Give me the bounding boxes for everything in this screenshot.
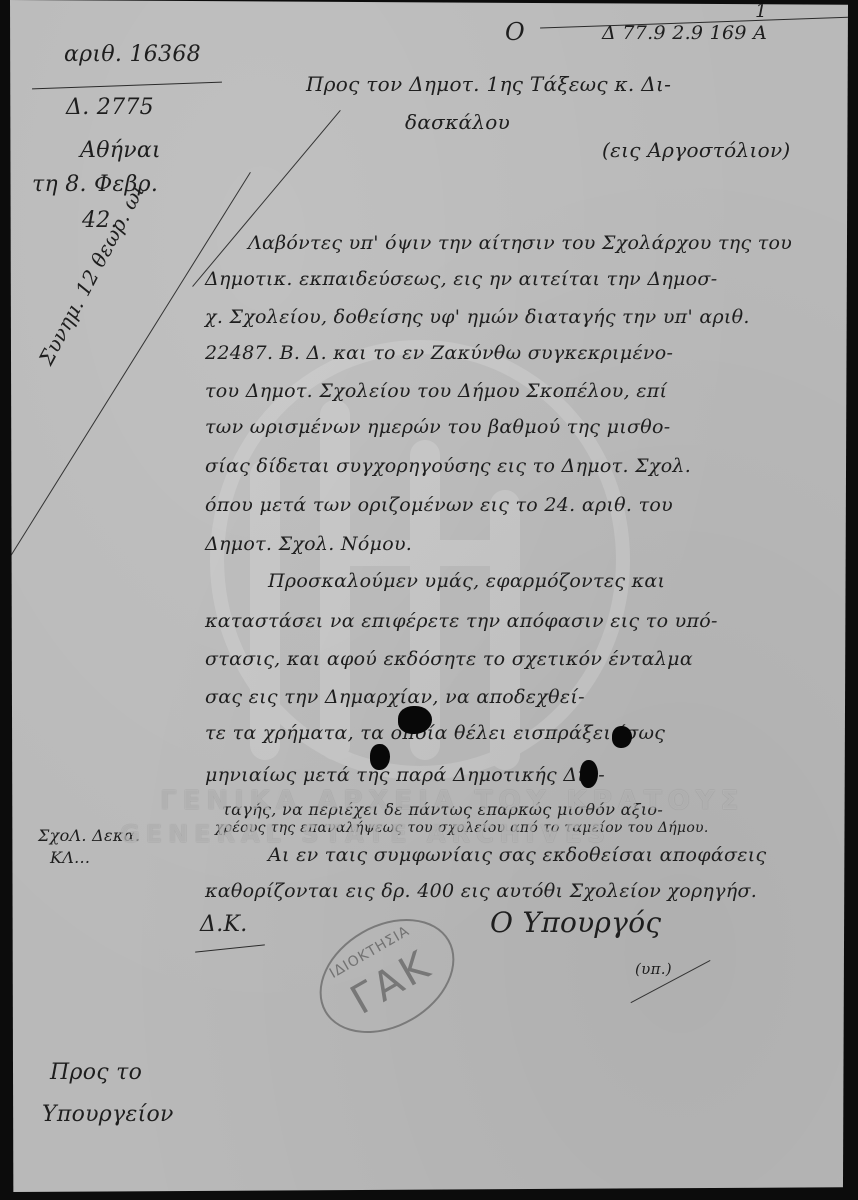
body-line: μηνιαίως μετά της παρά Δημοτικής Δια- [205, 764, 605, 786]
body-line: 22487. Β. Δ. και το εν Ζακύνθω συγκεκριμ… [205, 342, 673, 364]
body-line: σίας δίδεται συγχορηγούσης εις το Δημοτ.… [205, 455, 691, 477]
body-line: Προσκαλούμεν υμάς, εφαρμόζοντες και [268, 570, 665, 592]
location-line: Αθήναι [80, 138, 161, 163]
addressee-line-2: δασκάλου [405, 110, 510, 134]
body-line: σας εις την Δημαρχίαν, να αποδεχθεί- [205, 686, 585, 708]
signature-paraph: (υπ.) [635, 960, 672, 978]
ink-blot [612, 726, 632, 748]
margin-diagonal-stroke [192, 110, 341, 287]
page-number: 1 [755, 0, 767, 22]
protocol-number: Δ. 2775 [66, 95, 154, 120]
body-line: Δημοτικ. εκπαιδεύσεως, εις ην αιτείται τ… [205, 268, 717, 290]
initials-flourish [195, 944, 265, 952]
body-line: καταστάσει να επιφέρετε την απόφασιν εις… [205, 610, 718, 632]
watermark-greek: ΓΕΝΙΚΑ ΑΡΧΕΙΑ ΤΟΥ ΚΡΑΤΟΥΣ [160, 786, 744, 816]
initials: Δ.Κ. [200, 912, 248, 937]
addressee-line-1: Προς τον Δημοτ. 1ης Τάξεως κ. Δι- [306, 72, 671, 96]
body-line: στασις, και αφού εκδόσητε το σχετικόν έν… [205, 648, 693, 670]
top-stamp-mark: Ο [505, 18, 525, 46]
reference-number: αριθ. 16368 [64, 42, 201, 67]
watermark-english: GENERAL STATE ARCHIVES [120, 820, 611, 848]
body-line: Λαβόντες υπ' όψιν την αίτησιν του Σχολάρ… [248, 232, 792, 254]
signature: Ο Υπουργός [490, 906, 661, 939]
body-line: χ. Σχολείου, δοθείσης υφ' ημών διαταγής … [205, 306, 750, 328]
lower-margin-note-2: ΚΛ... [50, 848, 90, 867]
body-line: του Δημοτ. Σχολείου του Δήμου Σκοπέλου, … [205, 380, 667, 402]
reference-underline [32, 82, 222, 90]
body-line: καθορίζονται εις δρ. 400 εις αυτόθι Σχολ… [205, 880, 757, 902]
body-line: των ωρισμένων ημερών του βαθμού της μισθ… [205, 416, 670, 438]
archive-ownership-stamp: ΙΔΙΟΚΤΗΣΙΑ ΓΑΚ [299, 896, 475, 1056]
body-line: τε τα χρήματα, τα οποία θέλει εισπράξει … [205, 722, 665, 744]
document-page: αριθ. 16368 Δ. 2775 Αθήναι τη 8. Φεβρ. 4… [10, 0, 848, 1192]
body-line: Δημοτ. Σχολ. Νόμου. [205, 533, 412, 555]
archive-reference: Δ 77.9 2.9 169 Α [602, 22, 767, 44]
addressee-line-3: (εις Αργοστόλιον) [602, 138, 791, 162]
body-line: όπου μετά των οριζομένων εις το 24. αριθ… [205, 494, 673, 516]
bottom-note-2: Υπουργείον [42, 1102, 174, 1127]
bottom-note-1: Προς το [50, 1060, 142, 1085]
